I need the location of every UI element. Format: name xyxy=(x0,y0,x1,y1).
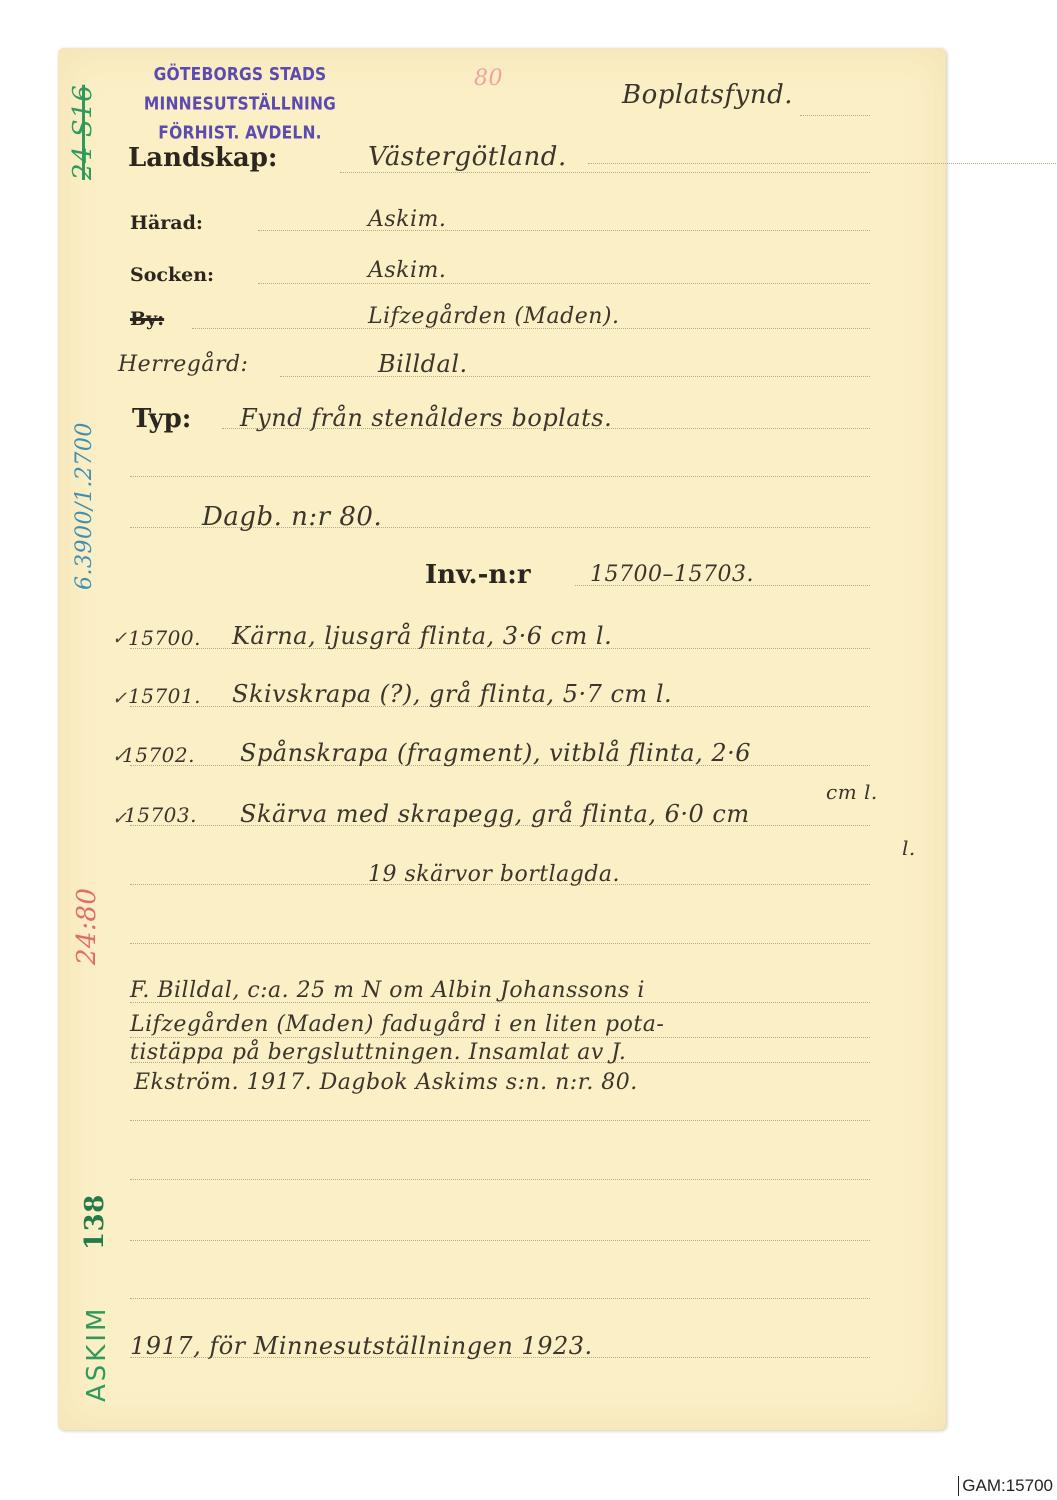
field-label-landskap: Landskap: xyxy=(128,143,278,173)
field-label-by: By: xyxy=(130,308,164,330)
field-value-landskap: Västergötland. xyxy=(368,142,567,172)
item-number: 15701. xyxy=(128,684,201,708)
item-description: Skivskrapa (?), grå flinta, 5·7 cm l. xyxy=(232,680,672,708)
note-line: tistäppa på bergsluttningen. Insamlat av… xyxy=(130,1040,626,1065)
institution-stamp: GÖTEBORGS STADS MINNESUTSTÄLLNING FÖRHIS… xyxy=(125,60,355,147)
field-value-harad: Askim. xyxy=(368,207,446,232)
exhibition-note: 1917, för Minnesutställningen 1923. xyxy=(130,1332,593,1360)
item-extra: cm l. xyxy=(826,780,878,804)
field-value-herregard: Billdal. xyxy=(378,350,468,378)
ruled-line xyxy=(258,283,870,284)
discarded-note: 19 skärvor bortlagda. xyxy=(368,862,620,887)
ruled-line xyxy=(130,1240,870,1241)
field-value-by: Lifzegården (Maden). xyxy=(368,304,619,329)
item-number: 15702. xyxy=(122,743,195,767)
note-line: Ekström. 1917. Dagbok Askims s:n. n:r. 8… xyxy=(134,1070,638,1095)
ruled-line xyxy=(130,943,870,944)
item-number: 15700. xyxy=(128,626,201,650)
item-extra: l. xyxy=(902,836,916,860)
check-mark-icon: ✓ xyxy=(112,628,127,649)
ruled-line xyxy=(130,1037,870,1038)
field-label-harad: Härad: xyxy=(130,212,203,234)
item-description: Kärna, ljusgrå flinta, 3·6 cm l. xyxy=(232,622,612,650)
field-label-socken: Socken: xyxy=(130,264,214,286)
ruled-line xyxy=(588,163,1057,164)
field-label-herregard: Herregård: xyxy=(118,352,248,377)
margin-askim-label: ASKIM xyxy=(82,1306,112,1402)
ruled-line xyxy=(800,115,870,116)
note-line: F. Billdal, c:a. 25 m N om Albin Johanss… xyxy=(130,978,645,1003)
field-value-socken: Askim. xyxy=(368,258,446,283)
margin-blue-number: 6.3900/1.2700 xyxy=(72,422,97,590)
margin-red-number: 24:80 xyxy=(72,888,102,965)
check-mark-icon: ✓ xyxy=(112,688,127,709)
top-number-red: 80 xyxy=(474,66,503,91)
margin-askim-number: 138 xyxy=(80,1194,110,1250)
diary-number: Dagb. n:r 80. xyxy=(202,502,382,532)
field-label-typ: Typ: xyxy=(132,404,191,434)
field-value-typ: Fynd från stenålders boplats. xyxy=(240,404,612,432)
inventory-label: Inv.-n:r xyxy=(425,560,531,590)
ruled-line xyxy=(130,476,870,477)
inventory-range: 15700–15703. xyxy=(590,562,754,587)
stamp-line: MINNESUTSTÄLLNING xyxy=(125,89,355,118)
margin-green-number: 24 S16 xyxy=(68,85,98,180)
reference-id: GAM:15700 xyxy=(958,1476,1053,1496)
stamp-line: GÖTEBORGS STADS xyxy=(125,60,355,89)
ruled-line xyxy=(130,1179,870,1180)
ruled-line xyxy=(130,1298,870,1299)
ruled-line xyxy=(130,1120,870,1121)
note-line: Lifzegården (Maden) fadugård i en liten … xyxy=(130,1012,664,1037)
category-heading: Boplatsfynd. xyxy=(622,80,793,110)
ruled-line xyxy=(340,172,870,173)
item-description: Skärva med skrapegg, grå flinta, 6·0 cm xyxy=(240,800,750,828)
ruled-line xyxy=(280,376,870,377)
item-number: 15703. xyxy=(124,803,197,827)
ruled-line xyxy=(258,230,870,231)
item-description: Spånskrapa (fragment), vitblå flinta, 2·… xyxy=(240,739,751,767)
